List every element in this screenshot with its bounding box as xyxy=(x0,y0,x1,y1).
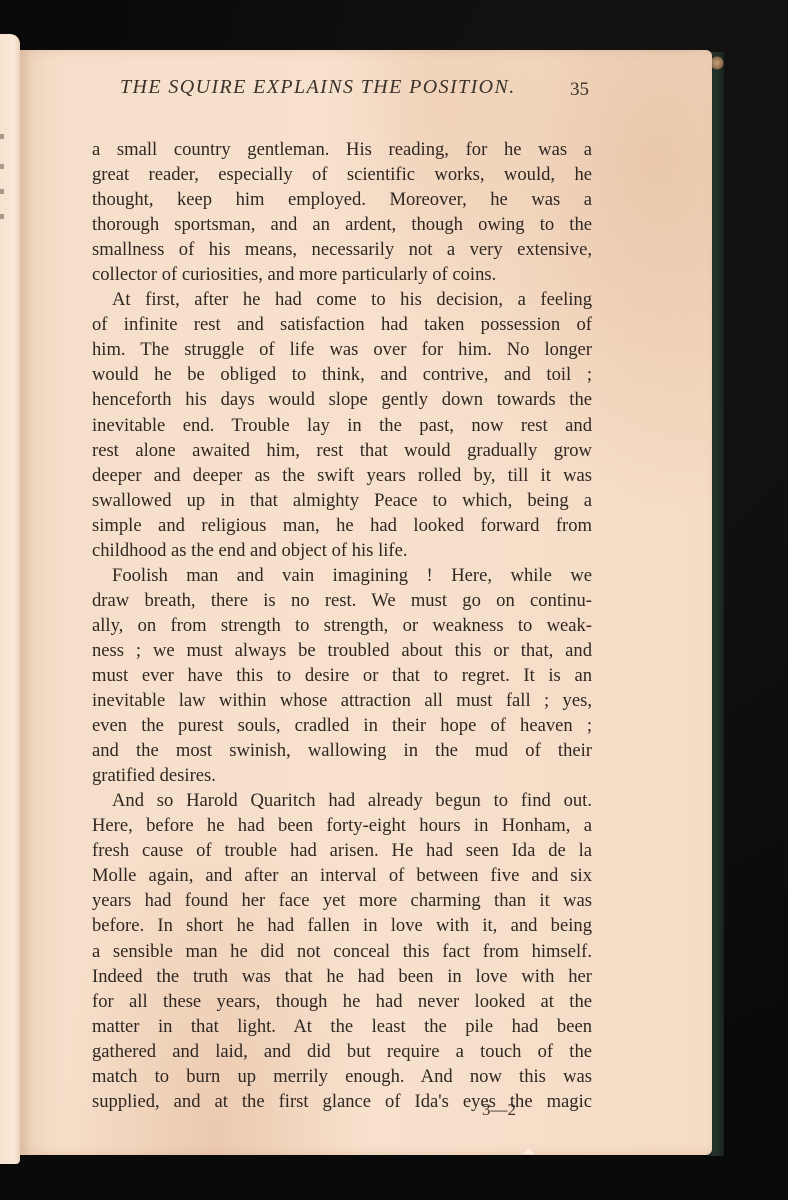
text-line: And so Harold Quaritch had already begun… xyxy=(92,788,592,813)
text-line: must ever have this to desire or that to… xyxy=(92,663,592,688)
text-line: collector of curiosities, and more parti… xyxy=(92,262,592,287)
text-line: inevitable law within whose attraction a… xyxy=(92,688,592,713)
text-line: before. In short he had fallen in love w… xyxy=(92,913,592,938)
text-line: fresh cause of trouble had arisen. He ha… xyxy=(92,838,592,863)
text-line: Foolish man and vain imagining ! Here, w… xyxy=(92,563,592,588)
text-line: ness ; we must always be troubled about … xyxy=(92,638,592,663)
text-line: years had found her face yet more charmi… xyxy=(92,888,592,913)
text-line: thorough sportsman, and an ardent, thoug… xyxy=(92,212,592,237)
text-line: of infinite rest and satisfaction had ta… xyxy=(92,312,592,337)
facing-page-text-fragment xyxy=(0,164,4,169)
text-line: rest alone awaited him, rest that would … xyxy=(92,438,592,463)
text-line: inevitable end. Trouble lay in the past,… xyxy=(92,413,592,438)
text-line: matter in that light. At the least the p… xyxy=(92,1014,592,1039)
facing-page-text-fragment xyxy=(0,214,4,219)
facing-page-text-fragment xyxy=(0,189,4,194)
chapter-title: THE SQUIRE EXPLAINS THE POSITION. xyxy=(120,76,516,99)
text-line: smallness of his means, necessarily not … xyxy=(92,237,592,262)
running-head: THE SQUIRE EXPLAINS THE POSITION. 35 xyxy=(120,76,600,106)
text-line: gratified desires. xyxy=(92,763,592,788)
facing-page-text-fragment xyxy=(0,134,4,139)
page-number: 35 xyxy=(570,79,589,101)
cover-wear-mark xyxy=(710,56,724,70)
text-line: Indeed the truth was that he had been in… xyxy=(92,964,592,989)
text-line: swallowed up in that almighty Peace to w… xyxy=(92,488,592,513)
text-line: At first, after he had come to his decis… xyxy=(92,287,592,312)
text-line: henceforth his days would slope gently d… xyxy=(92,387,592,412)
text-line: thought, keep him employed. Moreover, he… xyxy=(92,187,592,212)
text-line: draw breath, there is no rest. We must g… xyxy=(92,588,592,613)
text-line: a sensible man he did not conceal this f… xyxy=(92,939,592,964)
text-line: match to burn up merrily enough. And now… xyxy=(92,1064,592,1089)
text-line: would he be obliged to think, and contri… xyxy=(92,362,592,387)
body-text: a small country gentleman. His reading, … xyxy=(92,137,592,1114)
text-line: for all these years, though he had never… xyxy=(92,989,592,1014)
text-line: supplied, and at the first glance of Ida… xyxy=(92,1089,592,1114)
text-line: and the most swinish, wallowing in the m… xyxy=(92,738,592,763)
text-line: a small country gentleman. His reading, … xyxy=(92,137,592,162)
text-line: Here, before he had been forty-eight hou… xyxy=(92,813,592,838)
text-line: simple and religious man, he had looked … xyxy=(92,513,592,538)
text-line: ally, on from strength to strength, or w… xyxy=(92,613,592,638)
facing-page-edge xyxy=(0,34,20,1164)
photo-scene: THE SQUIRE EXPLAINS THE POSITION. 35 a s… xyxy=(0,0,788,1200)
text-line: gathered and laid, and did but require a… xyxy=(92,1039,592,1064)
text-line: great reader, especially of scientific w… xyxy=(92,162,592,187)
text-line: Molle again, and after an interval of be… xyxy=(92,863,592,888)
text-line: even the purest souls, cradled in their … xyxy=(92,713,592,738)
text-line: him. The struggle of life was over for h… xyxy=(92,337,592,362)
text-line: deeper and deeper as the swift years rol… xyxy=(92,463,592,488)
signature-mark: 3—2 xyxy=(482,1100,516,1120)
text-line: childhood as the end and object of his l… xyxy=(92,538,592,563)
